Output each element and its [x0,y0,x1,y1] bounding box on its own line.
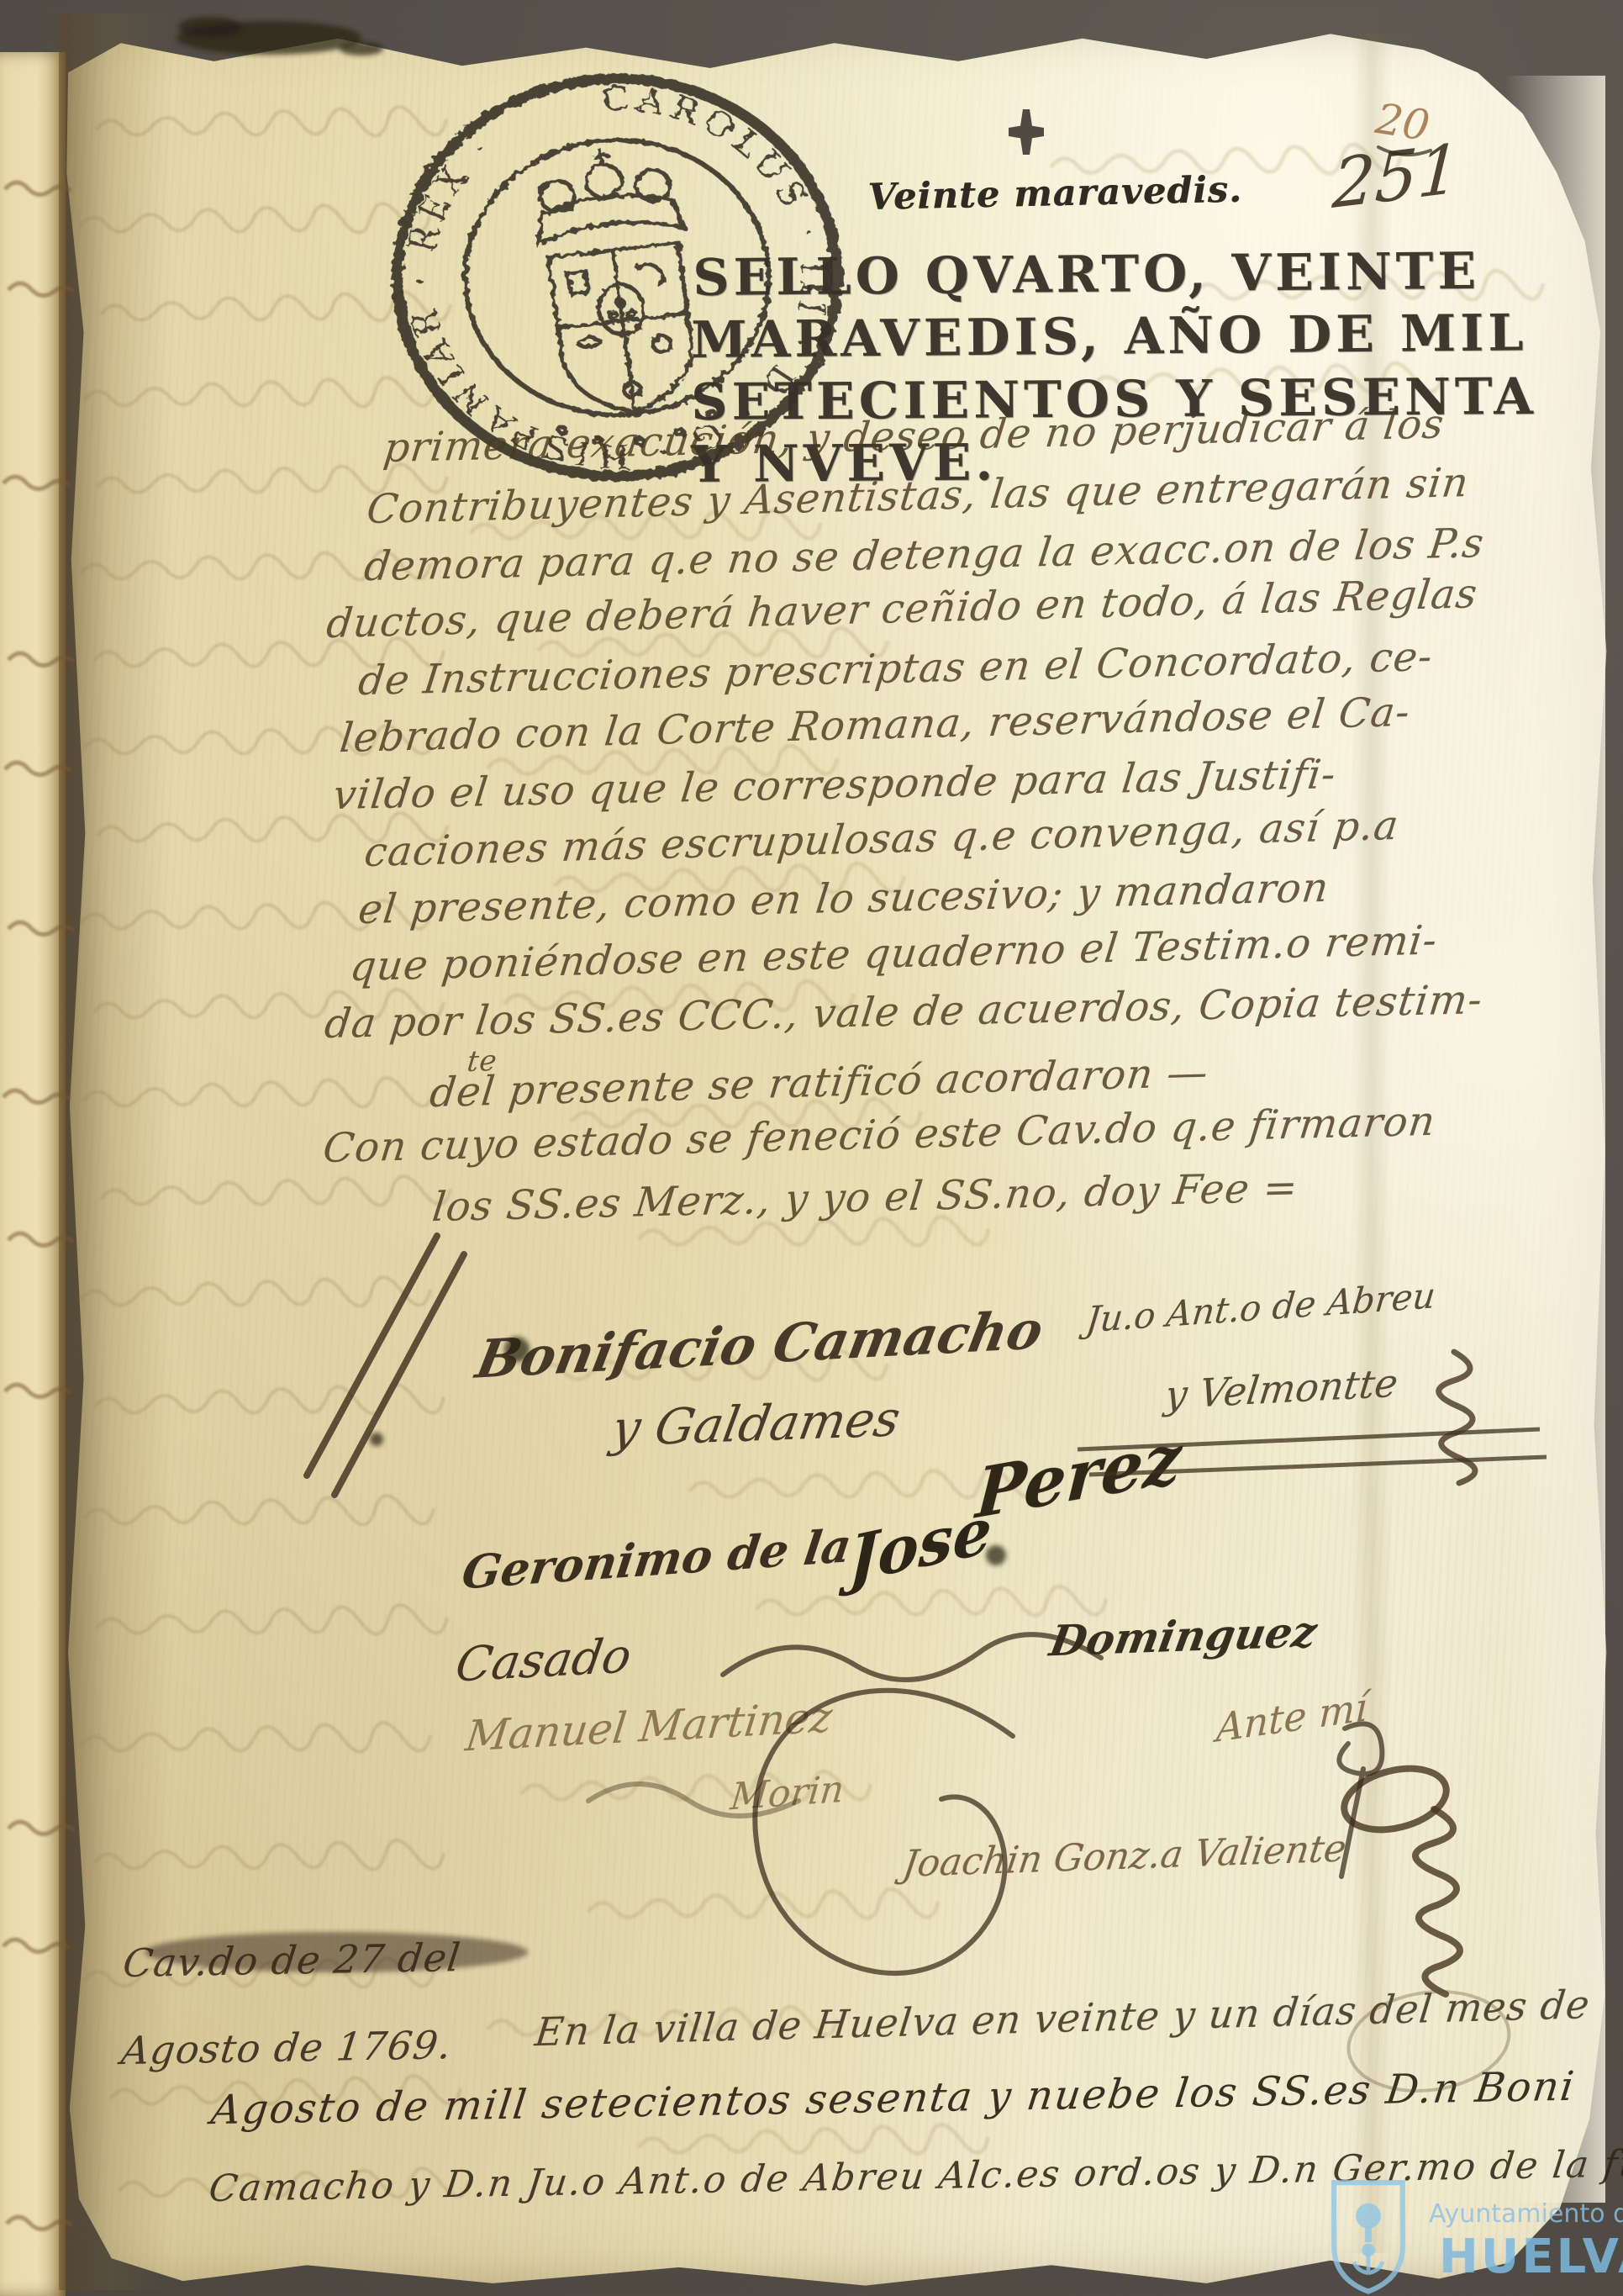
rubric-scrawl [588,1784,798,1816]
rubric-scrawl [723,1634,1101,1680]
rubric-loop [755,1691,1013,1973]
watermark-institution-label: Ayuntamiento de [1429,2199,1623,2229]
watermark-city-label: HUELVA [1439,2230,1623,2284]
rubric-coil [1439,1352,1475,1483]
rubric-slash [335,1254,464,1495]
huelva-archive-watermark-icon [1301,2176,1436,2296]
ink-smudges [145,17,1006,1972]
faint-ring-mark [1342,1982,1515,2101]
folio-underline [1378,147,1431,155]
strike-line [1078,1429,1540,1449]
archival-document-scan: 20 251 Veinte maravedis. CAROLUS · III ·… [0,0,1623,2296]
ink-flourishes [0,0,1623,2296]
